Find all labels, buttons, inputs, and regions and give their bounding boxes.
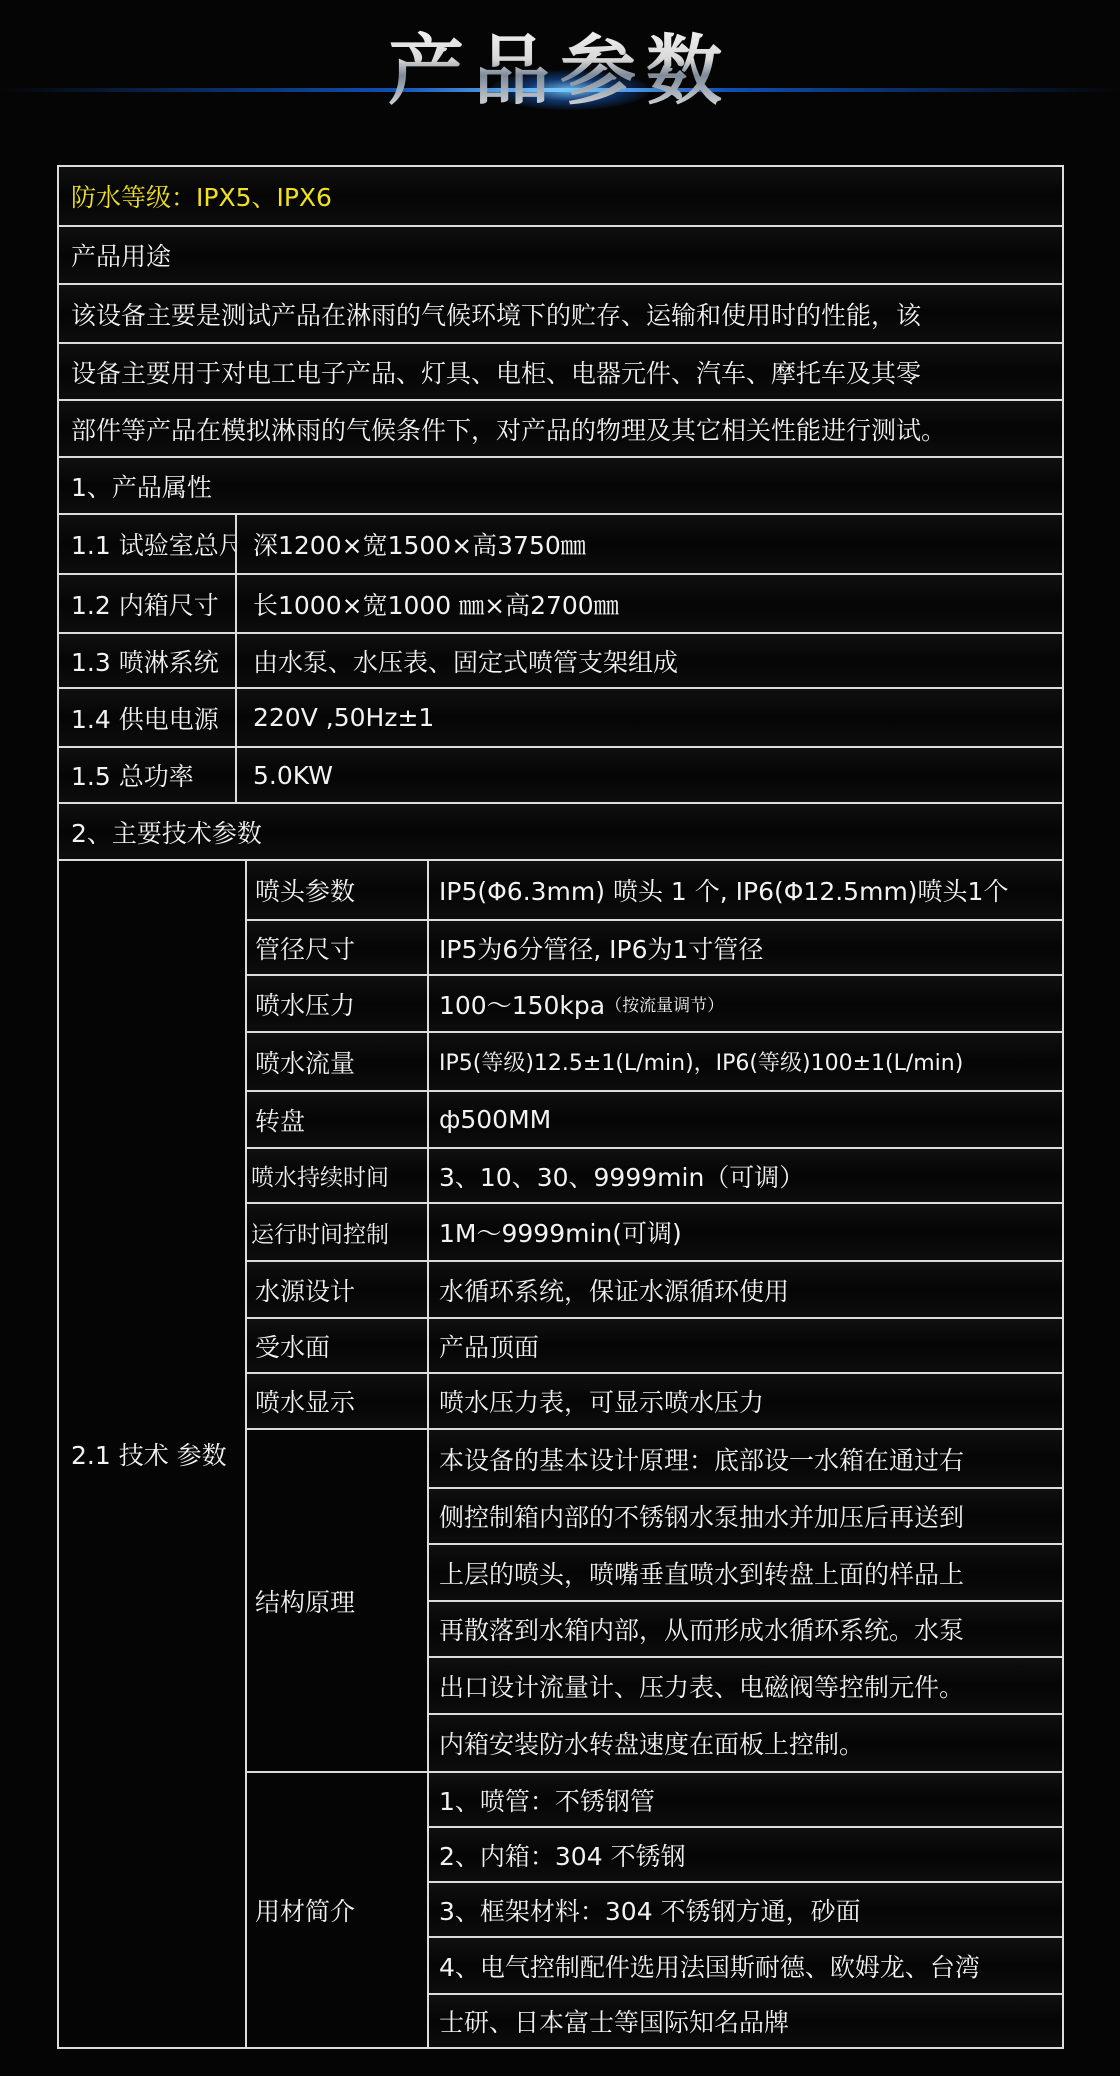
spec-value: 深1200×宽1500×高3750㎜	[235, 515, 1062, 573]
param-name: 运行时间控制	[247, 1204, 429, 1260]
structure-group: 结构原理 本设备的基本设计原理：底部设一水箱在通过右 侧控制箱内部的不锈钢水泵抽…	[247, 1428, 1062, 1771]
param-name: 喷水流量	[247, 1033, 429, 1090]
materials-group: 用材简介 1、喷管：不锈钢管 2、内箱：304 不锈钢 3、框架材料：304 不…	[247, 1771, 1062, 2047]
param-value: 3、10、30、9999min（可调）	[429, 1149, 1062, 1202]
usage-line: 设备主要用于对电工电子产品、灯具、电柜、电器元件、汽车、摩托车及其零	[59, 342, 1062, 399]
usage-line: 该设备主要是测试产品在淋雨的气候环境下的贮存、运输和使用时的性能，该	[59, 283, 1062, 342]
param-value: 喷水压力表，可显示喷水压力	[429, 1374, 1062, 1428]
table-row: 转盘 ф500MM	[247, 1090, 1062, 1147]
table-row: 1.4 供电电源 220V ,50Hz±1	[59, 687, 1062, 746]
table-row: 喷水显示 喷水压力表，可显示喷水压力	[247, 1372, 1062, 1428]
table-row: 喷水压力 100～150kpa （按流量调节）	[247, 974, 1062, 1031]
param-value: 水循环系统，保证水源循环使用	[429, 1262, 1062, 1317]
spec-table: 防水等级：IPX5、IPX6 产品用途 该设备主要是测试产品在淋雨的气候环境下的…	[57, 165, 1064, 2049]
param-name: 转盘	[247, 1092, 429, 1147]
spec-label: 1.1 试验室总尺寸	[59, 515, 235, 573]
material-line: 3、框架材料：304 不锈钢方通，砂面	[429, 1881, 1062, 1936]
structure-line: 内箱安装防水转盘速度在面板上控制。	[429, 1713, 1062, 1771]
structure-line: 本设备的基本设计原理：底部设一水箱在通过右	[429, 1430, 1062, 1487]
spec-label: 1.4 供电电源	[59, 689, 235, 746]
table-row: 喷水流量 IP5(等级)12.5±1(L/min)，IP6(等级)100±1(L…	[247, 1031, 1062, 1090]
table-row: 水源设计 水循环系统，保证水源循环使用	[247, 1260, 1062, 1317]
tech-params-list: 喷头参数 IP5(Φ6.3mm) 喷头 1 个, IP6(Φ12.5mm)喷头1…	[247, 861, 1062, 2047]
spec-label: 1.3 喷淋系统	[59, 634, 235, 687]
table-row: 管径尺寸 IP5为6分管径, IP6为1寸管径	[247, 919, 1062, 974]
param-name: 水源设计	[247, 1262, 429, 1317]
structure-line: 上层的喷头，喷嘴垂直喷水到转盘上面的样品上	[429, 1543, 1062, 1600]
title-banner: 产品参数	[0, 0, 1120, 150]
waterproof-grade-row: 防水等级：IPX5、IPX6	[59, 167, 1062, 225]
material-line: 士研、日本富士等国际知名品牌	[429, 1993, 1062, 2047]
material-line: 2、内箱：304 不锈钢	[429, 1826, 1062, 1881]
section1-title: 1、产品属性	[59, 458, 1062, 513]
usage-text: 设备主要用于对电工电子产品、灯具、电柜、电器元件、汽车、摩托车及其零	[59, 344, 1062, 399]
materials-lines: 1、喷管：不锈钢管 2、内箱：304 不锈钢 3、框架材料：304 不锈钢方通，…	[429, 1773, 1062, 2047]
param-name: 喷水持续时间	[247, 1149, 429, 1202]
param-value: 100～150kpa	[439, 986, 605, 1022]
usage-line: 部件等产品在模拟淋雨的气候条件下，对产品的物理及其它相关性能进行测试。	[59, 399, 1062, 456]
structure-lines: 本设备的基本设计原理：底部设一水箱在通过右 侧控制箱内部的不锈钢水泵抽水并加压后…	[429, 1430, 1062, 1771]
table-row: 喷头参数 IP5(Φ6.3mm) 喷头 1 个, IP6(Φ12.5mm)喷头1…	[247, 861, 1062, 919]
spec-value: 长1000×宽1000 ㎜×高2700㎜	[235, 575, 1062, 632]
param-name: 喷水压力	[247, 976, 429, 1031]
usage-title-row: 产品用途	[59, 225, 1062, 283]
param-value: ф500MM	[429, 1092, 1062, 1147]
structure-line: 出口设计流量计、压力表、电磁阀等控制元件。	[429, 1656, 1062, 1713]
spec-value: 220V ,50Hz±1	[235, 689, 1062, 746]
param-value: 1M～9999min(可调)	[429, 1204, 1062, 1260]
table-row: 1.3 喷淋系统 由水泵、水压表、固定式喷管支架组成	[59, 632, 1062, 687]
structure-label: 结构原理	[247, 1430, 429, 1771]
structure-line: 再散落到水箱内部，从而形成水循环系统。水泵	[429, 1600, 1062, 1656]
usage-title: 产品用途	[59, 227, 1062, 283]
table-row: 受水面 产品顶面	[247, 1317, 1062, 1372]
table-row: 运行时间控制 1M～9999min(可调)	[247, 1202, 1062, 1260]
param-value: 产品顶面	[429, 1319, 1062, 1372]
table-row: 1.2 内箱尺寸 长1000×宽1000 ㎜×高2700㎜	[59, 573, 1062, 632]
param-name: 喷水显示	[247, 1374, 429, 1428]
section2-title: 2、主要技术参数	[59, 804, 1062, 859]
table-row: 1.5 总功率 5.0KW	[59, 746, 1062, 802]
param-note: （按流量调节）	[605, 991, 724, 1016]
page-title: 产品参数	[0, 10, 1120, 119]
table-row: 1.1 试验室总尺寸 深1200×宽1500×高3750㎜	[59, 513, 1062, 573]
usage-text: 该设备主要是测试产品在淋雨的气候环境下的贮存、运输和使用时的性能，该	[59, 285, 1062, 342]
structure-line: 侧控制箱内部的不锈钢水泵抽水并加压后再送到	[429, 1487, 1062, 1543]
param-name: 管径尺寸	[247, 921, 429, 974]
tech-params-group-label: 2.1 技术 参数	[59, 861, 247, 2047]
material-line: 1、喷管：不锈钢管	[429, 1773, 1062, 1826]
table-row: 喷水持续时间 3、10、30、9999min（可调）	[247, 1147, 1062, 1202]
material-line: 4、电气控制配件选用法国斯耐德、欧姆龙、台湾	[429, 1936, 1062, 1993]
spec-value: 5.0KW	[235, 748, 1062, 802]
param-value: IP5为6分管径, IP6为1寸管径	[429, 921, 1062, 974]
usage-text: 部件等产品在模拟淋雨的气候条件下，对产品的物理及其它相关性能进行测试。	[59, 401, 1062, 456]
param-name: 受水面	[247, 1319, 429, 1372]
spec-label: 1.5 总功率	[59, 748, 235, 802]
spec-label: 1.2 内箱尺寸	[59, 575, 235, 632]
section2-body: 2.1 技术 参数 喷头参数 IP5(Φ6.3mm) 喷头 1 个, IP6(Φ…	[59, 859, 1062, 2047]
section2-title-row: 2、主要技术参数	[59, 802, 1062, 859]
param-value-wrap: 100～150kpa （按流量调节）	[429, 976, 1062, 1031]
waterproof-grade: 防水等级：IPX5、IPX6	[59, 167, 1062, 225]
materials-label: 用材简介	[247, 1773, 429, 2047]
spec-value: 由水泵、水压表、固定式喷管支架组成	[235, 634, 1062, 687]
param-value: IP5(Φ6.3mm) 喷头 1 个, IP6(Φ12.5mm)喷头1个	[429, 861, 1062, 919]
section1-title-row: 1、产品属性	[59, 456, 1062, 513]
param-name: 喷头参数	[247, 861, 429, 919]
param-value: IP5(等级)12.5±1(L/min)，IP6(等级)100±1(L/min)	[429, 1033, 1062, 1090]
